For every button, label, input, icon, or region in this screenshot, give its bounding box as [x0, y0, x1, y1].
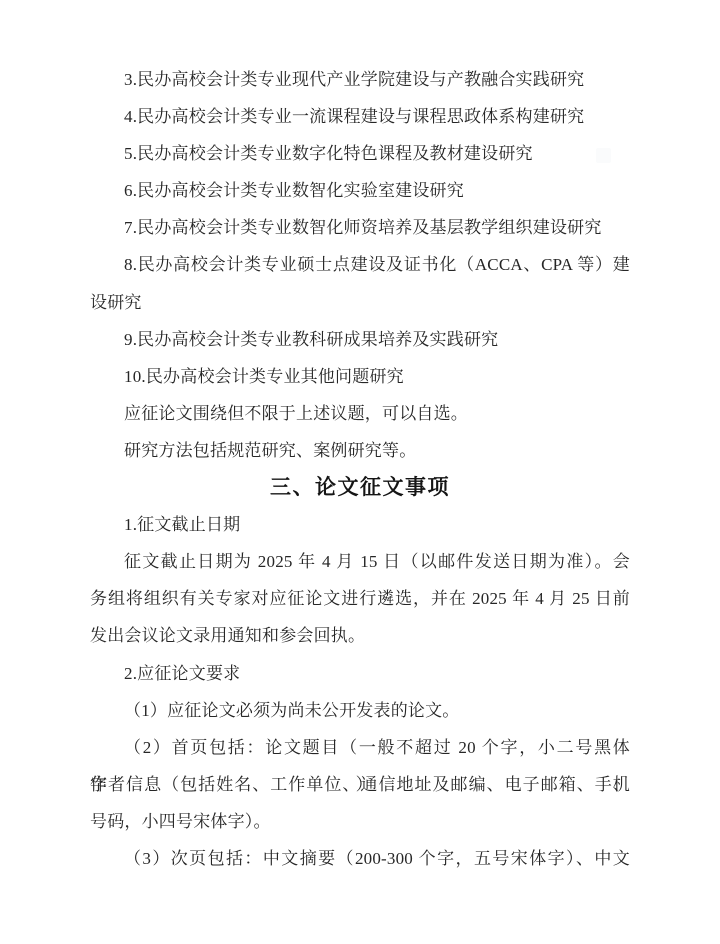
- document-line: 3.民办高校会计类专业现代产业学院建设与产教融合实践研究: [90, 61, 630, 98]
- section-heading: 三、论文征文事项: [90, 469, 630, 506]
- document-line: 4.民办高校会计类专业一流课程建设与课程思政体系构建研究: [90, 98, 630, 135]
- document-page: 3.民办高校会计类专业现代产业学院建设与产教融合实践研究4.民办高校会计类专业一…: [0, 0, 720, 944]
- document-line: 2.应征论文要求: [90, 655, 630, 692]
- document-line: 研究方法包括规范研究、案例研究等。: [90, 432, 630, 469]
- document-line: （1）应征论文必须为尚未公开发表的论文。: [90, 692, 630, 729]
- document-line: （3）次页包括：中文摘要（200-300 个字，五号宋体字）、中文: [90, 840, 630, 877]
- document-line: 发出会议论文录用通知和参会回执。: [90, 617, 630, 654]
- document-line: 号码，小四号宋体字）。: [90, 803, 630, 840]
- document-line: 作者信息（包括姓名、工作单位、通信地址及邮编、电子邮箱、手机: [90, 766, 630, 803]
- document-body: 3.民办高校会计类专业现代产业学院建设与产教融合实践研究4.民办高校会计类专业一…: [90, 61, 630, 877]
- document-line: 7.民办高校会计类专业数智化师资培养及基层教学组织建设研究: [90, 209, 630, 246]
- document-line: 应征论文围绕但不限于上述议题，可以自选。: [90, 395, 630, 432]
- document-line: 5.民办高校会计类专业数字化特色课程及教材建设研究: [90, 135, 630, 172]
- document-line: 10.民办高校会计类专业其他问题研究: [90, 358, 630, 395]
- scan-artifact-mark: [596, 148, 611, 163]
- document-line: 设研究: [90, 284, 630, 321]
- document-line: 务组将组织有关专家对应征论文进行遴选，并在 2025 年 4 月 25 日前: [90, 580, 630, 617]
- document-line: 9.民办高校会计类专业教科研成果培养及实践研究: [90, 321, 630, 358]
- document-line: （2）首页包括：论文题目（一般不超过 20 个字，小二号黑体字）、: [90, 729, 630, 766]
- document-line: 征文截止日期为 2025 年 4 月 15 日（以邮件发送日期为准）。会: [90, 543, 630, 580]
- document-line: 8.民办高校会计类专业硕士点建设及证书化（ACCA、CPA 等）建: [90, 246, 630, 283]
- document-line: 1.征文截止日期: [90, 506, 630, 543]
- document-line: 6.民办高校会计类专业数智化实验室建设研究: [90, 172, 630, 209]
